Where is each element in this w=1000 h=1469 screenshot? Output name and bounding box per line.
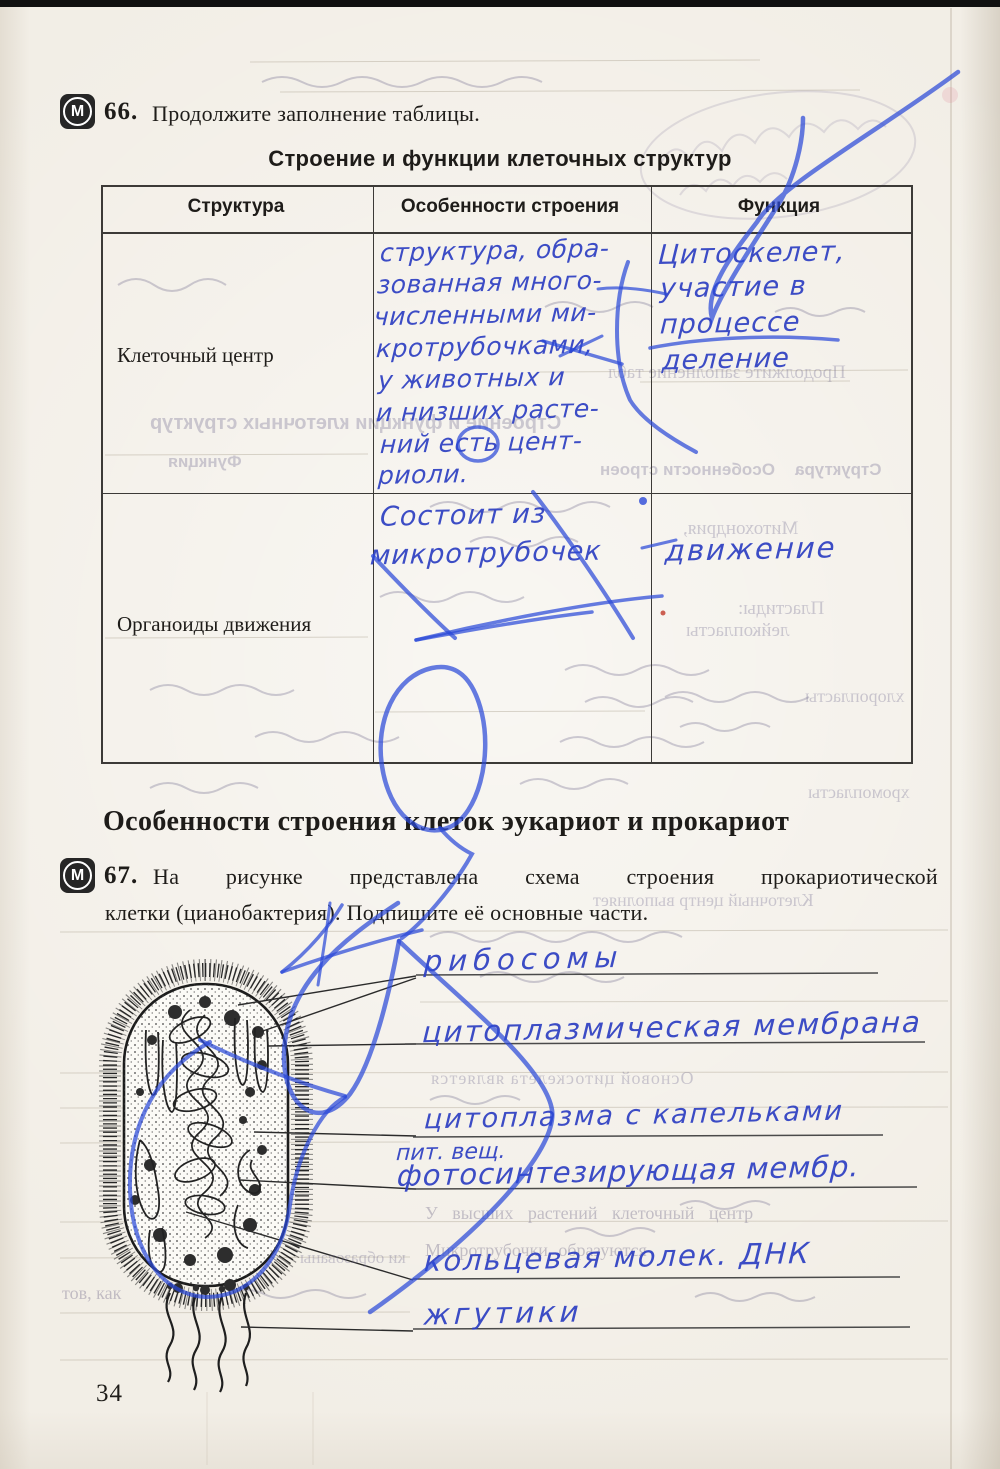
table-row1-structure-2: Органоиды движения: [117, 612, 311, 637]
label-flagella: жгутики: [423, 1294, 583, 1331]
table-header-structure: Структура: [101, 196, 371, 218]
table-header-divider: [103, 232, 911, 234]
handwritten-answer-line: участие в: [659, 270, 807, 304]
table-row-divider: [103, 493, 911, 494]
table-column-divider-1: [373, 187, 374, 762]
section-heading: Особенности строения клеток эукариот и п…: [103, 806, 789, 838]
handwritten-answer-line: движение: [664, 530, 837, 568]
showthrough-higher-plants: У высших растений клеточный центр: [425, 1203, 753, 1224]
table-row1-structure: Клеточный центр: [117, 343, 274, 368]
handwritten-answer-line: риоли.: [377, 459, 469, 490]
task67-number: 67.: [104, 862, 138, 890]
handwritten-answer-line: микротрубочек: [369, 536, 602, 572]
handwritten-answer-line: деление: [661, 343, 790, 377]
task66-number: 66.: [104, 98, 138, 126]
bleed-chromoplasts-label: хромопласты: [808, 782, 910, 803]
handwritten-answer-line: Цитоскелет,: [657, 236, 846, 271]
label-cytoplasmic-membrane: цитоплазмическая мембрана: [421, 1005, 922, 1050]
bleed-cytoskeleton-text: Основой цитоскелета является: [430, 1068, 693, 1089]
label-ribosomes: рибосомы: [423, 940, 624, 978]
task66-marker-icon: М: [60, 94, 95, 129]
task66-title: Продолжите заполнение таблицы.: [152, 101, 480, 127]
handwritten-answer-line: у животных и: [377, 362, 566, 395]
m-badge-icon: М: [63, 97, 92, 126]
table-header-function: Функция: [649, 196, 909, 218]
handwritten-answer-line: структура, обра-: [379, 234, 610, 268]
handwritten-answer-line: Состоит из: [379, 498, 547, 533]
task67-text-line2: клетки (цианобактерия). Подпишите её осн…: [105, 900, 648, 926]
handwritten-answer-line: кротрубочками,: [375, 330, 594, 364]
label-circular-dna: кольцевая молек. ДНК: [423, 1236, 812, 1278]
handwritten-answer-line: зованная много-: [376, 266, 602, 300]
table-caption: Строение и функции клеточных структур: [0, 146, 1000, 172]
page-number: 34: [96, 1380, 123, 1408]
handwritten-answer-line: ний есть цент-: [379, 426, 583, 459]
bleed-obrazovany-text: ки образованы: [300, 1248, 406, 1268]
handwritten-answer-line: и низших расте-: [375, 394, 600, 428]
workbook-page-scan: Продолжите заполнение табл Строение и фу…: [0, 0, 1000, 1469]
table-column-divider-2: [651, 187, 652, 762]
handwritten-answer-line: численными ми-: [373, 298, 597, 332]
label-cytoplasm: цитоплазма с капельками: [423, 1096, 844, 1136]
table-header-features: Особенности строения: [371, 196, 649, 218]
handwritten-answer-line: процессе: [659, 307, 801, 341]
showthrough-tov-kak: тов, как: [62, 1283, 121, 1304]
task67-text-line1: На рисунке представлена схема строения п…: [153, 864, 938, 890]
task67-marker-icon: М: [60, 858, 95, 893]
m-badge-icon: М: [63, 861, 92, 890]
